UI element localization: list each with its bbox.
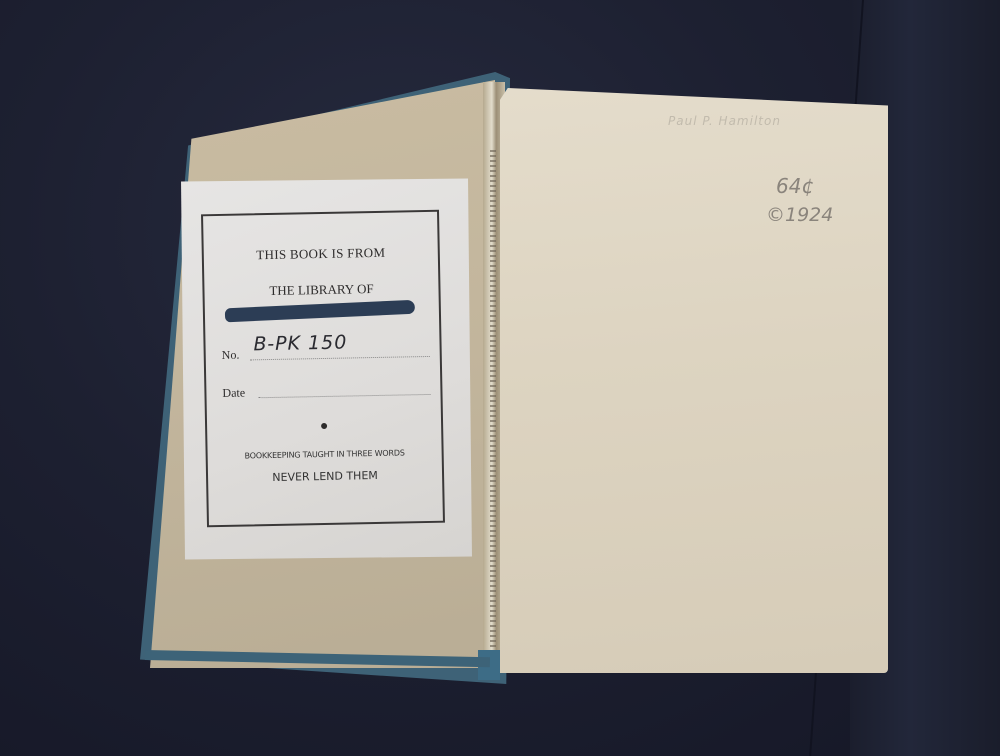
- faint-inscription: Paul P. Hamilton: [668, 114, 781, 128]
- bookplate-subheading: THE LIBRARY OF: [204, 280, 438, 300]
- pencil-copyright: ©1924: [766, 204, 833, 226]
- number-dotted-line: [250, 356, 430, 360]
- flyleaf-page: [500, 88, 888, 673]
- binding-stitches: [490, 150, 496, 660]
- owner-name-redaction: [225, 300, 415, 323]
- date-dotted-line: [259, 394, 431, 398]
- pencil-price: 64¢: [776, 174, 814, 198]
- number-value: B-PK 150: [253, 332, 347, 356]
- bookplate-frame: THIS BOOK IS FROM THE LIBRARY OF No. B-P…: [201, 210, 445, 528]
- motto-line-1: BOOKKEEPING TAUGHT IN THREE WORDS: [208, 448, 442, 461]
- date-label: Date: [222, 386, 245, 401]
- number-label: No.: [222, 348, 240, 363]
- bookplate-heading: THIS BOOK IS FROM: [204, 244, 438, 264]
- open-book: THIS BOOK IS FROM THE LIBRARY OF No. B-P…: [0, 0, 1000, 756]
- bullet-ornament: [321, 423, 327, 429]
- motto-line-2: NEVER LEND THEM: [208, 468, 442, 485]
